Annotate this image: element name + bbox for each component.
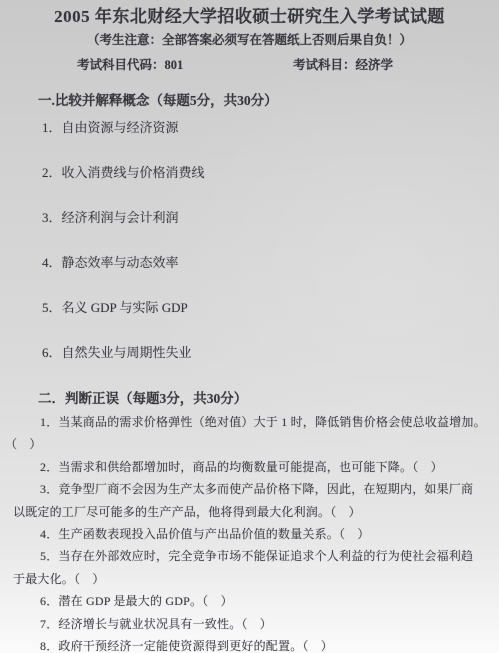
- question-item: 6．自然失业与周期性失业: [0, 346, 499, 360]
- question-line: 5．当存在外部效应时，完全竞争市场不能保证追求个人利益的行为使社会福利趋: [5, 545, 499, 567]
- section1-heading: 一.比较并解释概念（每题5分，共30分）: [0, 93, 499, 108]
- question-item: 4．静态效率与动态效率: [0, 256, 499, 270]
- section-true-false: 二．判断正误（每题3分，共30分） 1．当某商品的需求价格弹性（绝对值）大于 1…: [0, 391, 499, 653]
- section2-question-list: 1．当某商品的需求价格弹性（绝对值）大于 1 时，降低销售价格会使总收益增加。 …: [0, 411, 499, 653]
- candidate-notice: （考生注意：全部答案必须写在答题纸上否则后果自负！）: [0, 33, 499, 48]
- question-line: 7．经济增长与就业状况具有一致性。（ ）: [5, 613, 499, 635]
- question-item: 5．名义 GDP 与实际 GDP: [0, 301, 499, 315]
- subject-info-row: 考试科目代码：801 考试科目：经济学: [0, 58, 499, 73]
- question-line: 8．政府干预经济一定能使资源得到更好的配置。（ ）: [5, 635, 499, 653]
- question-continuation-line: 于最大化。（ ）: [5, 568, 499, 590]
- subject-code: 考试科目代码：801: [77, 58, 293, 73]
- question-line: 3．竞争型厂商不会因为生产太多而使产品价格下降，因此，在短期内，如果厂商: [5, 478, 499, 500]
- question-continuation-line: 以既定的工厂尽可能多的生产产品，他将得到最大化利润。（ ）: [5, 501, 499, 523]
- exam-paper-scan: 2005 年东北财经大学招收硕士研究生入学考试试题 （考生注意：全部答案必须写在…: [0, 0, 499, 653]
- question-item: 2．收入消费线与价格消费线: [0, 166, 499, 180]
- answer-bracket-line: （ ）: [5, 433, 499, 455]
- section-concepts: 一.比较并解释概念（每题5分，共30分） 1．自由资源与经济资源 2．收入消费线…: [0, 93, 499, 360]
- section2-heading: 二．判断正误（每题3分，共30分）: [0, 391, 499, 406]
- question-item: 1．自由资源与经济资源: [0, 121, 499, 135]
- question-line: 1．当某商品的需求价格弹性（绝对值）大于 1 时，降低销售价格会使总收益增加。: [5, 411, 499, 433]
- section1-question-list: 1．自由资源与经济资源 2．收入消费线与价格消费线 3．经济利润与会计利润 4．…: [0, 121, 499, 360]
- subject-name: 考试科目：经济学: [293, 58, 393, 73]
- question-line: 4．生产函数表现投入品价值与产出品价值的数量关系。（ ）: [5, 523, 499, 545]
- question-line: 6．潜在 GDP 是最大的 GDP。（ ）: [5, 590, 499, 612]
- question-line: 2．当需求和供给都增加时，商品的均衡数量可能提高，也可能下降。（ ）: [5, 456, 499, 478]
- question-item: 3．经济利润与会计利润: [0, 211, 499, 225]
- exam-title: 2005 年东北财经大学招收硕士研究生入学考试试题: [0, 6, 499, 27]
